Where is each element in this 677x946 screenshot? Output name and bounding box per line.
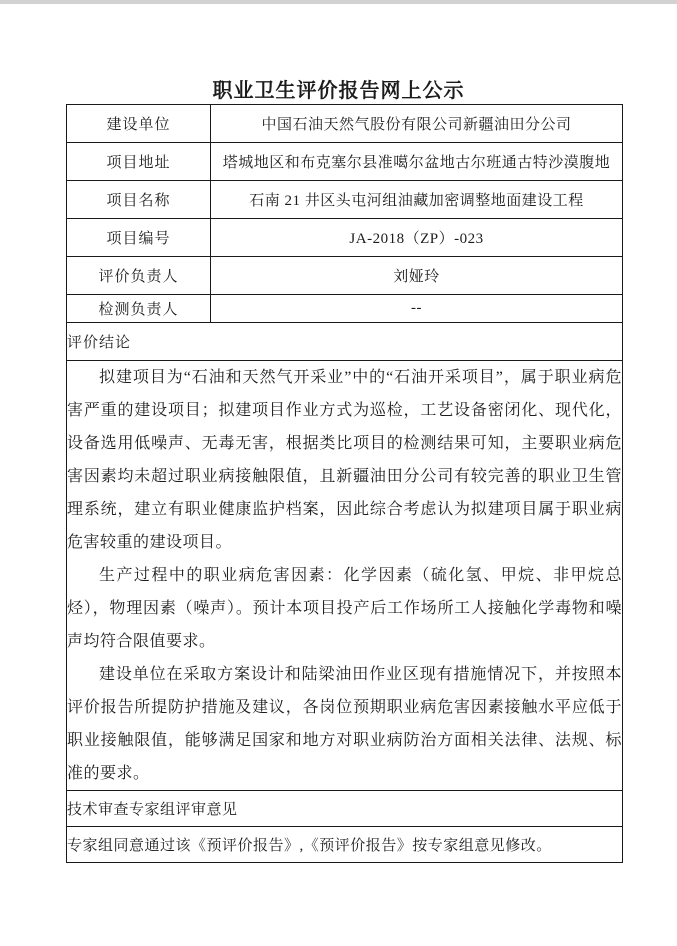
table-row: 项目名称 石南 21 井区头屯河组油藏加密调整地面建设工程 [67,181,623,219]
project-name-value: 石南 21 井区头屯河组油藏加密调整地面建设工程 [211,181,623,219]
publicity-table: 建设单位 中国石油天然气股份有限公司新疆油田分公司 项目地址 塔城地区和布克塞尔… [66,104,623,863]
project-address-value: 塔城地区和布克塞尔县准噶尔盆地古尔班通古特沙漠腹地 [211,143,623,181]
construction-unit-label: 建设单位 [67,105,211,143]
table-row: 项目编号 JA-2018（ZP）-023 [67,219,623,257]
project-address-label: 项目地址 [67,143,211,181]
project-number-label: 项目编号 [67,219,211,257]
table-row: 专家组同意通过该《预评价报告》,《预评价报告》按专家组意见修改。 [67,827,623,863]
construction-unit-value: 中国石油天然气股份有限公司新疆油田分公司 [211,105,623,143]
conclusion-paragraph: 建设单位在采取方案设计和陆梁油田作业区现有措施情况下，并按照本评价报告所提防护措… [67,658,622,790]
table-row: 拟建项目为“石油和天然气开采业”中的“石油开采项目”，属于职业病危害严重的建设项… [67,361,623,791]
review-section-header: 技术审查专家组评审意见 [67,791,623,827]
project-name-label: 项目名称 [67,181,211,219]
table-row: 检测负责人 -- [67,295,623,323]
table-row: 评价负责人 刘娅玲 [67,257,623,295]
page-title: 职业卫生评价报告网上公示 [0,74,677,103]
conclusion-paragraph: 拟建项目为“石油和天然气开采业”中的“石油开采项目”，属于职业病危害严重的建设项… [67,361,622,559]
table-row: 评价结论 [67,323,623,361]
conclusion-paragraph: 生产过程中的职业病危害因素：化学因素（硫化氢、甲烷、非甲烷总烃），物理因素（噪声… [67,559,622,658]
project-number-value: JA-2018（ZP）-023 [211,219,623,257]
table-row: 项目地址 塔城地区和布克塞尔县准噶尔盆地古尔班通古特沙漠腹地 [67,143,623,181]
window-top-divider [0,0,677,4]
evaluation-lead-value: 刘娅玲 [211,257,623,295]
review-comment: 专家组同意通过该《预评价报告》,《预评价报告》按专家组意见修改。 [67,827,623,863]
testing-lead-label: 检测负责人 [67,295,211,323]
conclusion-body-cell: 拟建项目为“石油和天然气开采业”中的“石油开采项目”，属于职业病危害严重的建设项… [67,361,623,791]
testing-lead-value: -- [211,295,623,323]
table-row: 建设单位 中国石油天然气股份有限公司新疆油田分公司 [67,105,623,143]
evaluation-lead-label: 评价负责人 [67,257,211,295]
table-row: 技术审查专家组评审意见 [67,791,623,827]
conclusion-section-header: 评价结论 [67,323,623,361]
